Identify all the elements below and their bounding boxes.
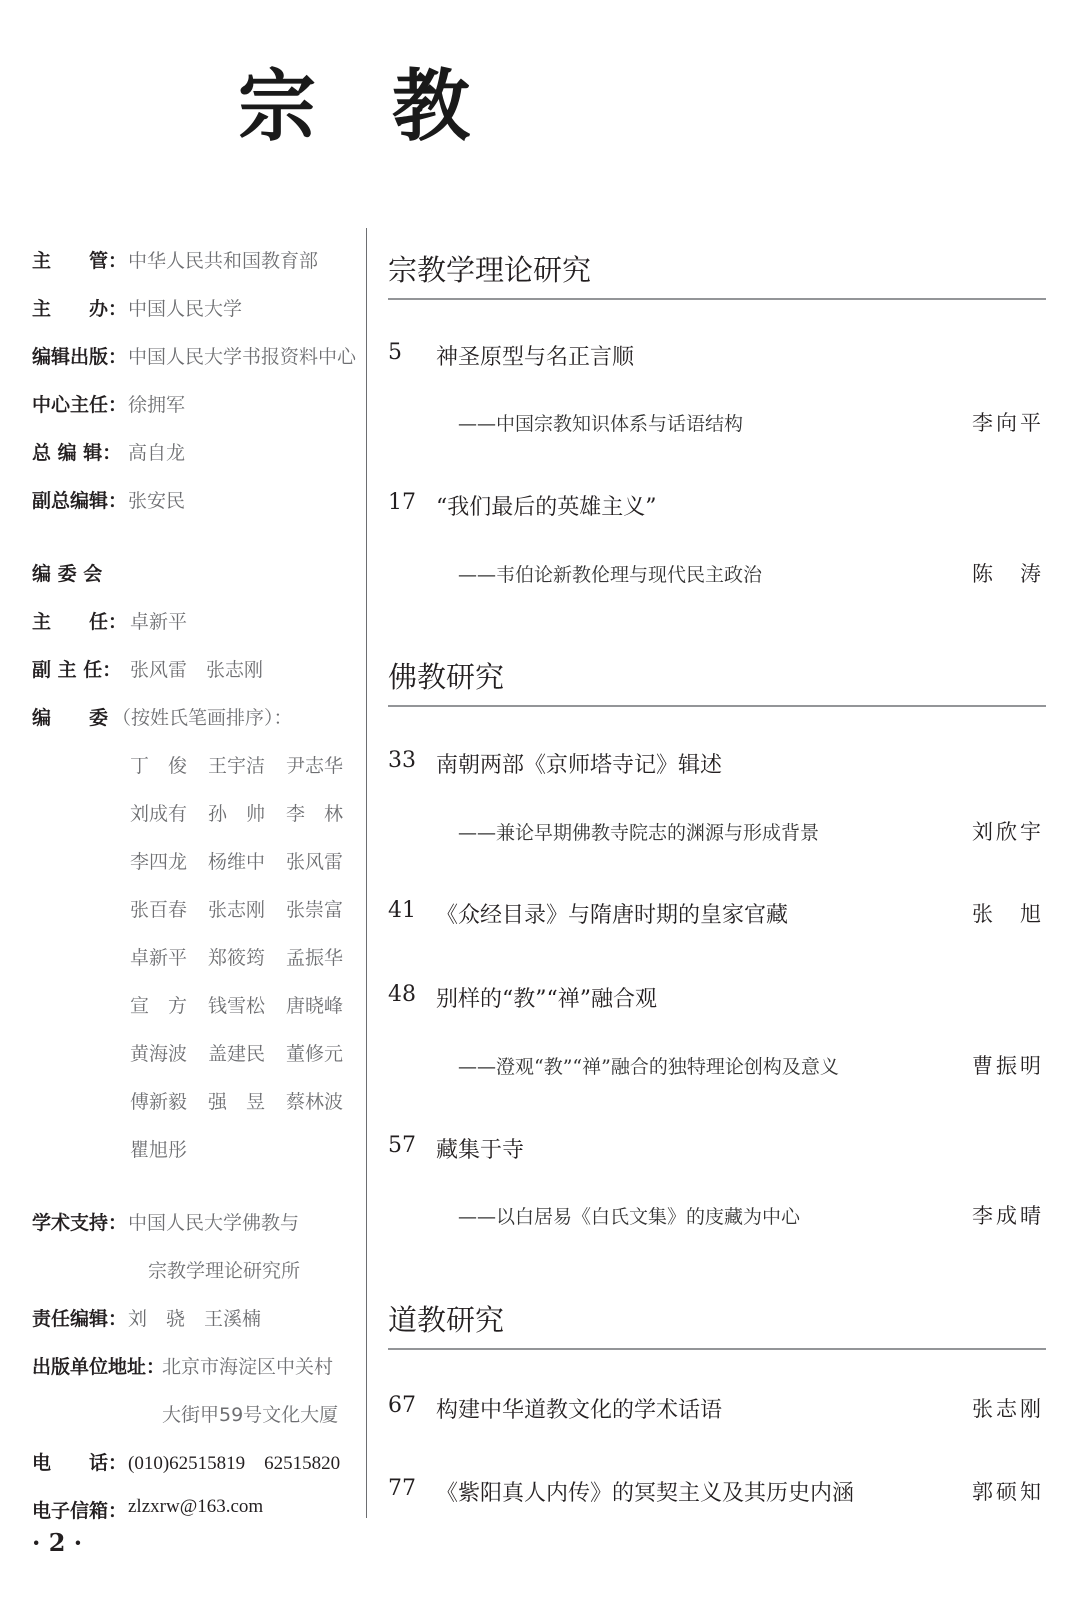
responsible-editor-row: 责任编辑： 刘 骁 王溪楠 bbox=[0, 1304, 366, 1330]
academic-support-label: 学术支持： bbox=[32, 1208, 127, 1235]
email-link[interactable]: zlzxrw@163.com bbox=[128, 1496, 263, 1518]
board-members-line: 刘成有孙 帅李 林 bbox=[0, 799, 366, 825]
board-member: 瞿旭彤 bbox=[130, 1135, 208, 1162]
editor-in-chief-value: 高自龙 bbox=[128, 438, 185, 465]
board-heading: 编 委 会 bbox=[32, 559, 102, 586]
board-member: 张志刚 bbox=[208, 895, 286, 922]
academic-support-line1: 中国人民大学佛教与 bbox=[128, 1208, 299, 1235]
board-member: 董修元 bbox=[286, 1039, 364, 1066]
toc-article-title[interactable]: “我们最后的英雄主义” bbox=[436, 490, 657, 521]
address-label: 出版单位地址： bbox=[32, 1352, 165, 1379]
toc-page-number: 33 bbox=[388, 748, 416, 773]
toc-article-subtitle: ——兼论早期佛教寺院志的渊源与形成背景 bbox=[458, 818, 819, 845]
center-director-value: 徐拥军 bbox=[128, 390, 185, 417]
address-line2: 大街甲59号文化大厦 bbox=[162, 1400, 338, 1427]
board-member: 张风雷 bbox=[286, 847, 364, 874]
page-number: · 2 · bbox=[32, 1528, 82, 1557]
sponsor-label: 主 办： bbox=[32, 294, 127, 321]
board-member: 刘成有 bbox=[130, 799, 208, 826]
deputy-editor-label: 副总编辑： bbox=[32, 486, 127, 513]
publisher-value: 中国人民大学书报资料中心 bbox=[128, 342, 356, 369]
address-row: 出版单位地址： 北京市海淀区中关村 bbox=[0, 1352, 366, 1378]
academic-support-row: 学术支持： 中国人民大学佛教与 bbox=[0, 1208, 366, 1234]
toc-author: 郭硕知 bbox=[972, 1476, 1044, 1506]
phone-row: 电 话： (010)62515819 62515820 bbox=[0, 1448, 366, 1474]
toc-article-subtitle: ——以白居易《白氏文集》的庋藏为中心 bbox=[458, 1202, 800, 1229]
toc-page-number: 77 bbox=[388, 1476, 416, 1501]
sponsor-value: 中国人民大学 bbox=[128, 294, 242, 321]
toc-page-number: 5 bbox=[388, 340, 402, 365]
phone-value: (010)62515819 62515820 bbox=[128, 1448, 340, 1475]
toc-author: 陈 涛 bbox=[972, 558, 1044, 588]
masthead-supervisor: 主 管： 中华人民共和国教育部 bbox=[0, 246, 366, 272]
board-members-note: （按姓氏笔画排序）： bbox=[112, 703, 293, 730]
board-member: 丁 俊 bbox=[130, 751, 208, 778]
toc-article-title[interactable]: 南朝两部《京师塔寺记》辑述 bbox=[436, 748, 722, 779]
supervisor-label: 主 管： bbox=[32, 246, 127, 273]
board-members-line: 傅新毅强 昱蔡林波 bbox=[0, 1087, 366, 1113]
section-rule bbox=[388, 705, 1046, 707]
phone-label: 电 话： bbox=[32, 1448, 127, 1475]
board-member: 杨维中 bbox=[208, 847, 286, 874]
board-deputy-value: 张风雷 张志刚 bbox=[130, 655, 263, 682]
board-members-line: 李四龙杨维中张风雷 bbox=[0, 847, 366, 873]
masthead-editor-in-chief: 总 编 辑： 高自龙 bbox=[0, 438, 366, 464]
toc-author: 张 旭 bbox=[972, 898, 1044, 928]
toc-article-subtitle: ——韦伯论新教伦理与现代民主政治 bbox=[458, 560, 762, 587]
board-director-row: 主 任： 卓新平 bbox=[0, 607, 366, 633]
board-members-line: 卓新平郑筱筠孟振华 bbox=[0, 943, 366, 969]
deputy-editor-value: 张安民 bbox=[128, 486, 185, 513]
toc-page-number: 17 bbox=[388, 490, 416, 515]
board-members-line: 瞿旭彤 bbox=[0, 1135, 366, 1161]
masthead-center-director: 中心主任： 徐拥军 bbox=[0, 390, 366, 416]
section-rule bbox=[388, 1348, 1046, 1350]
board-deputy-row: 副 主 任： 张风雷 张志刚 bbox=[0, 655, 366, 681]
address-line1: 北京市海淀区中关村 bbox=[162, 1352, 333, 1379]
board-member: 孟振华 bbox=[286, 943, 364, 970]
board-members-row: 编 委 （按姓氏笔画排序）： bbox=[0, 703, 366, 729]
responsible-editor-label: 责任编辑： bbox=[32, 1304, 127, 1331]
editor-in-chief-label: 总 编 辑： bbox=[32, 438, 121, 465]
center-director-label: 中心主任： bbox=[32, 390, 127, 417]
address-row-2: 大街甲59号文化大厦 bbox=[0, 1400, 366, 1426]
board-member: 李四龙 bbox=[130, 847, 208, 874]
board-member: 李 林 bbox=[286, 799, 364, 826]
section-title: 佛教研究 bbox=[388, 655, 504, 696]
toc-article-title[interactable]: 构建中华道教文化的学术话语 bbox=[436, 1393, 722, 1424]
board-member: 强 昱 bbox=[208, 1087, 286, 1114]
section-title: 宗教学理论研究 bbox=[388, 248, 591, 289]
board-member: 宣 方 bbox=[130, 991, 208, 1018]
toc-author: 张志刚 bbox=[972, 1393, 1044, 1423]
academic-support-line2: 宗教学理论研究所 bbox=[148, 1256, 300, 1283]
board-members-line: 宣 方钱雪松唐晓峰 bbox=[0, 991, 366, 1017]
toc-page-number: 48 bbox=[388, 982, 416, 1007]
responsible-editor-value: 刘 骁 王溪楠 bbox=[128, 1304, 261, 1331]
toc-article-subtitle: ——中国宗教知识体系与话语结构 bbox=[458, 409, 743, 436]
toc-author: 李成晴 bbox=[972, 1200, 1044, 1230]
board-member: 盖建民 bbox=[208, 1039, 286, 1066]
toc-page-number: 57 bbox=[388, 1133, 416, 1158]
toc-author: 刘欣宇 bbox=[972, 816, 1044, 846]
board-deputy-label: 副 主 任： bbox=[32, 655, 121, 682]
section-rule bbox=[388, 298, 1046, 300]
board-member: 尹志华 bbox=[286, 751, 364, 778]
board-heading-row: 编 委 会 bbox=[0, 559, 366, 585]
board-member: 卓新平 bbox=[130, 943, 208, 970]
email-label: 电子信箱： bbox=[32, 1496, 127, 1523]
toc-article-title[interactable]: 《众经目录》与隋唐时期的皇家官藏 bbox=[436, 898, 788, 929]
academic-support-row-2: 宗教学理论研究所 bbox=[0, 1256, 366, 1282]
supervisor-value: 中华人民共和国教育部 bbox=[128, 246, 318, 273]
board-director-value: 卓新平 bbox=[130, 607, 187, 634]
email-row: 电子信箱： zlzxrw@163.com bbox=[0, 1496, 366, 1522]
board-director-label: 主 任： bbox=[32, 607, 127, 634]
masthead-publisher: 编辑出版： 中国人民大学书报资料中心 bbox=[0, 342, 366, 368]
board-members-line: 丁 俊王宇洁尹志华 bbox=[0, 751, 366, 777]
board-member: 黄海波 bbox=[130, 1039, 208, 1066]
column-divider bbox=[366, 228, 367, 1518]
toc-author: 李向平 bbox=[972, 407, 1044, 437]
board-members-line: 张百春张志刚张崇富 bbox=[0, 895, 366, 921]
board-member: 张崇富 bbox=[286, 895, 364, 922]
board-member: 张百春 bbox=[130, 895, 208, 922]
board-member: 孙 帅 bbox=[208, 799, 286, 826]
toc-article-title[interactable]: 别样的“教”“禅”融合观 bbox=[436, 982, 657, 1013]
toc-author: 曹振明 bbox=[972, 1050, 1044, 1080]
masthead-sponsor: 主 办： 中国人民大学 bbox=[0, 294, 366, 320]
toc-page-number: 67 bbox=[388, 1393, 416, 1418]
publisher-label: 编辑出版： bbox=[32, 342, 127, 369]
board-member: 傅新毅 bbox=[130, 1087, 208, 1114]
masthead-deputy-editor: 副总编辑： 张安民 bbox=[0, 486, 366, 512]
board-member: 郑筱筠 bbox=[208, 943, 286, 970]
toc-page-number: 41 bbox=[388, 898, 416, 923]
board-member: 钱雪松 bbox=[208, 991, 286, 1018]
board-members-line: 黄海波盖建民董修元 bbox=[0, 1039, 366, 1065]
journal-title: 宗教 bbox=[238, 62, 546, 152]
section-title: 道教研究 bbox=[388, 1298, 504, 1339]
board-members-label: 编 委 bbox=[32, 703, 108, 730]
toc-article-title[interactable]: 《紫阳真人内传》的冥契主义及其历史内涵 bbox=[436, 1476, 854, 1507]
board-member: 唐晓峰 bbox=[286, 991, 364, 1018]
board-member: 蔡林波 bbox=[286, 1087, 364, 1114]
board-member: 王宇洁 bbox=[208, 751, 286, 778]
toc-article-title[interactable]: 藏集于寺 bbox=[436, 1133, 524, 1164]
toc-article-subtitle: ——澄观“教”“禅”融合的独特理论创构及意义 bbox=[458, 1052, 839, 1079]
toc-article-title[interactable]: 神圣原型与名正言顺 bbox=[436, 340, 634, 371]
